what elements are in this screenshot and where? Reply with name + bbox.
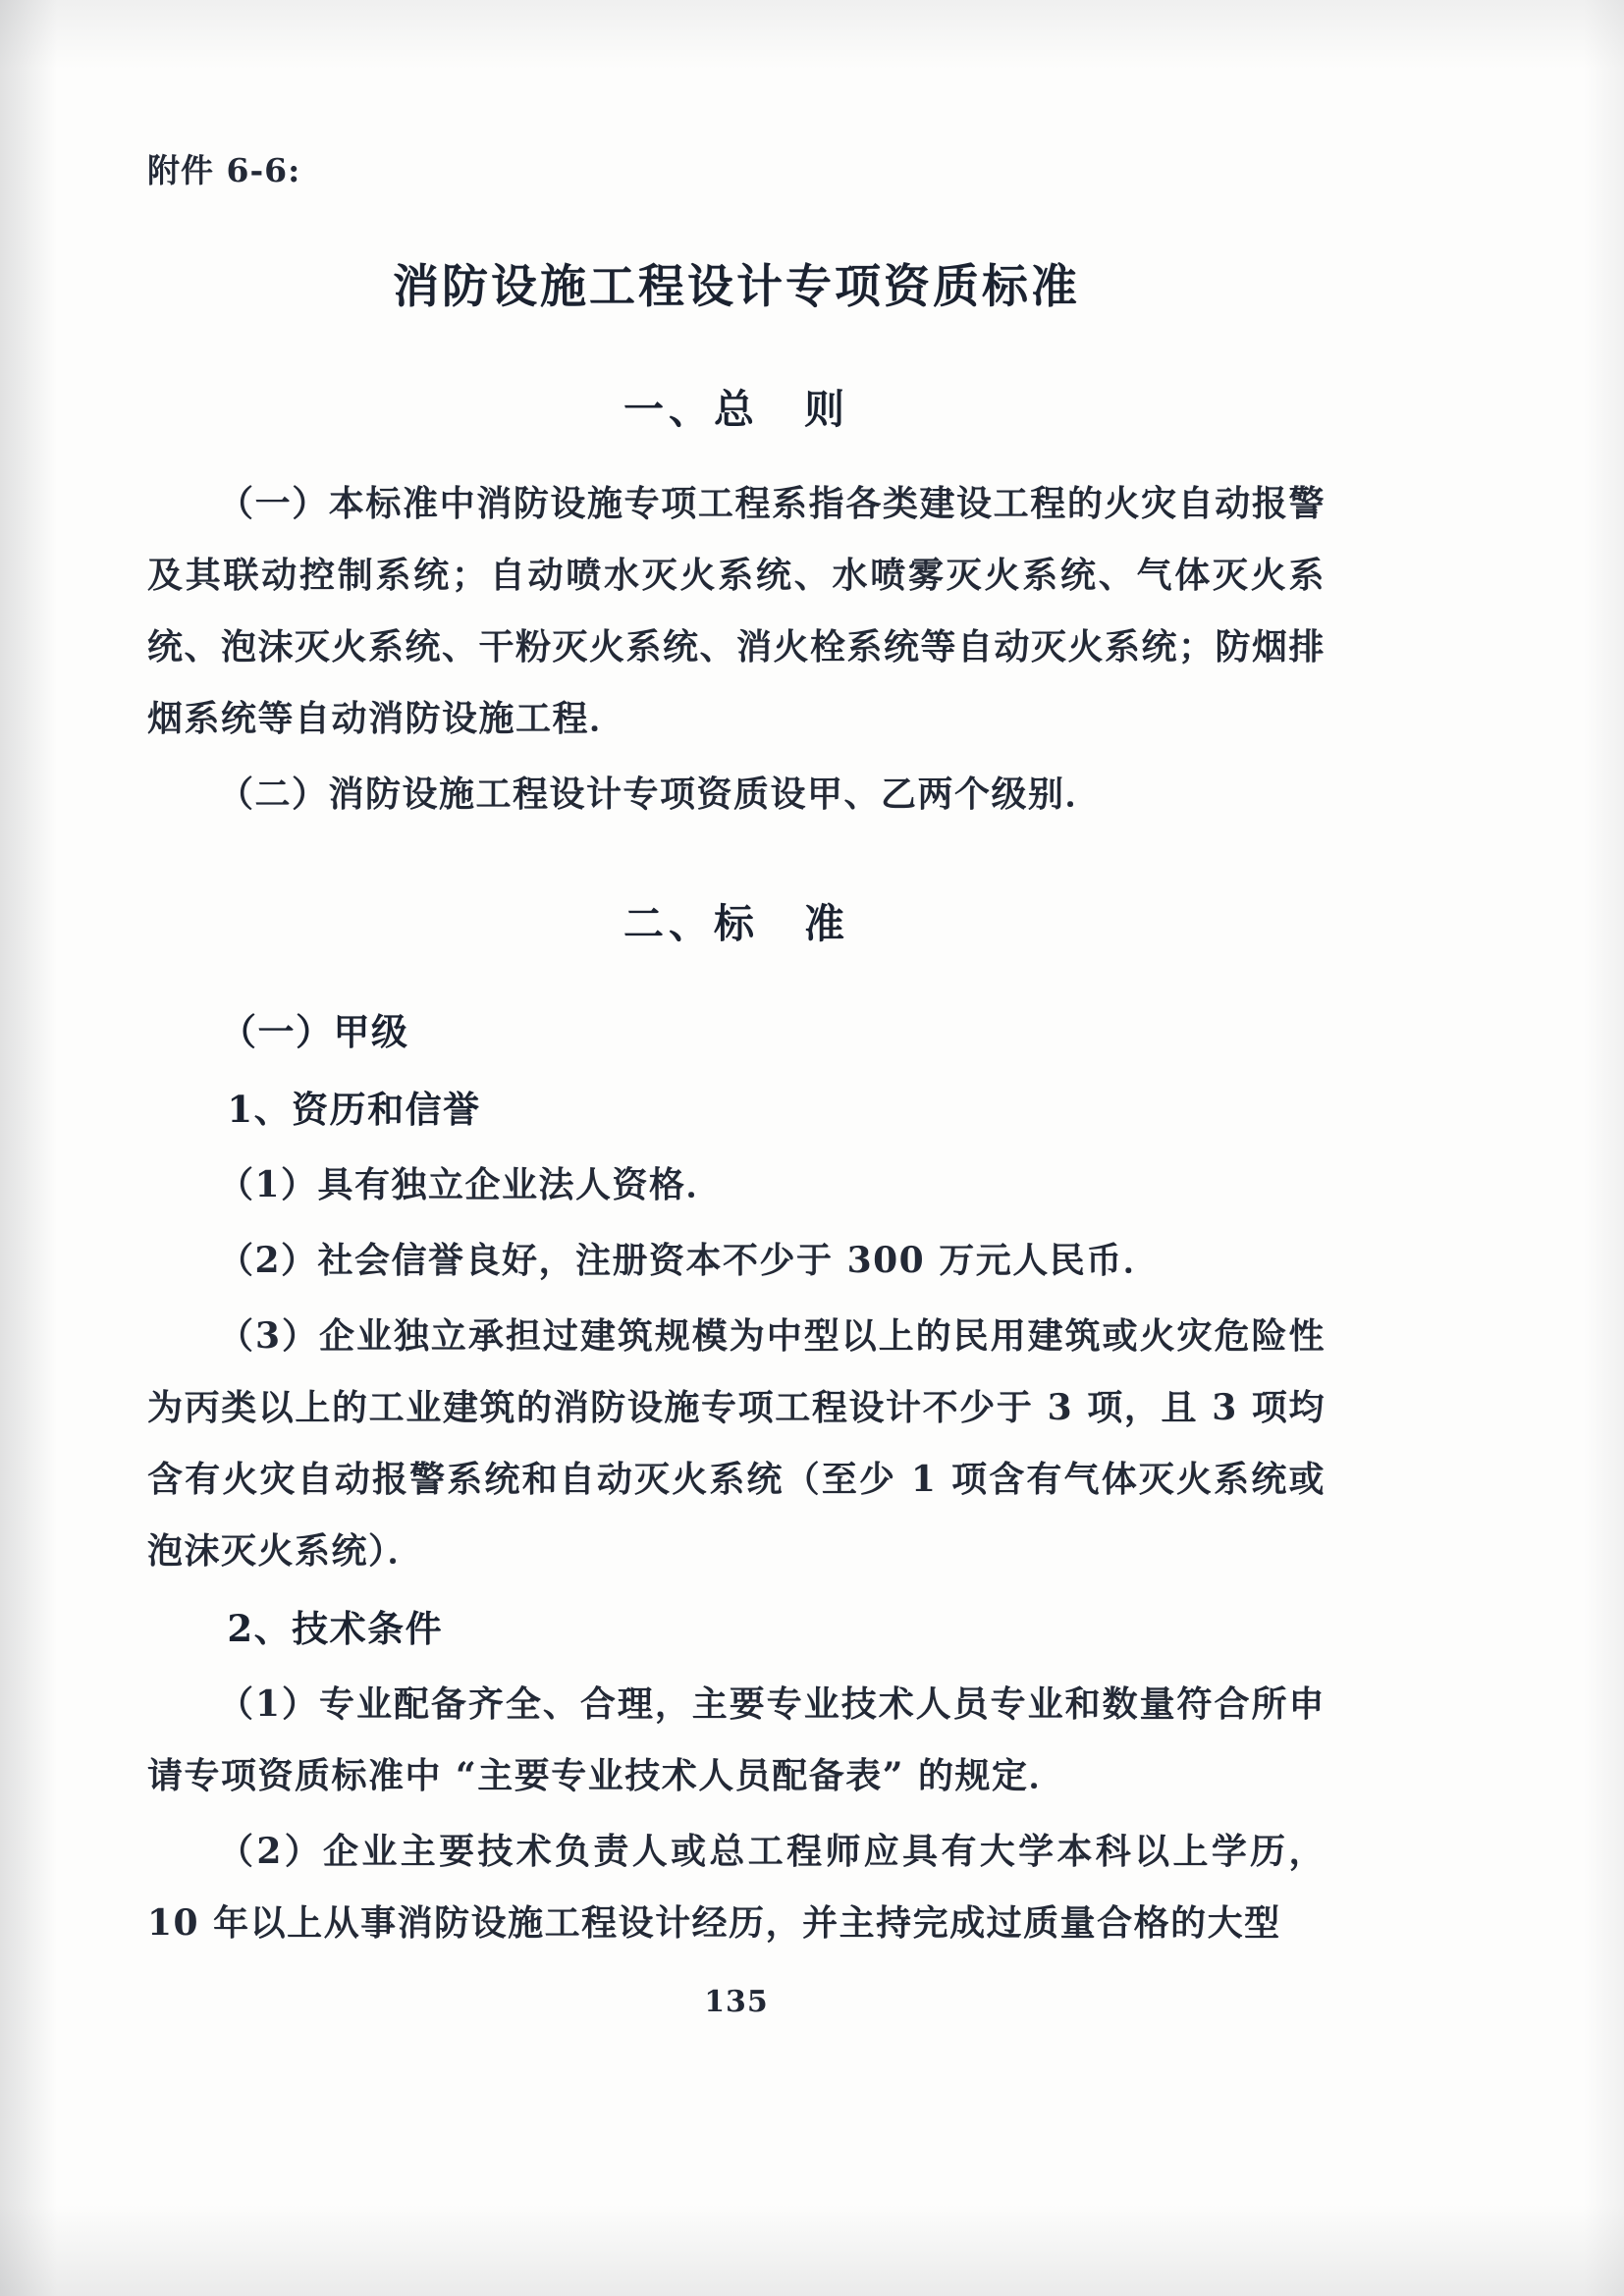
paragraph-qualification-3: （3）企业独立承担过建筑规模为中型以上的民用建筑或火灾危险性为丙类以上的工业建筑… (147, 1301, 1326, 1587)
subsection-heading-grade-a: （一）甲级 (147, 996, 1326, 1068)
paragraph-general-2: （二）消防设施工程设计专项资质设甲、乙两个级别． (147, 759, 1326, 830)
page-number: 135 (147, 1985, 1326, 2019)
document-content: 附件 6-6: 消防设施工程设计专项资质标准 一、总 则 （一）本标准中消防设施… (147, 145, 1326, 2019)
document-title: 消防设施工程设计专项资质标准 (147, 250, 1326, 316)
attachment-label: 附件 6-6: (147, 145, 1326, 191)
document-page: 附件 6-6: 消防设施工程设计专项资质标准 一、总 则 （一）本标准中消防设施… (0, 0, 1624, 2296)
paragraph-qualification-1: （1）具有独立企业法人资格． (147, 1149, 1326, 1221)
section-heading-standards: 二、标 准 (147, 891, 1326, 949)
section-heading-general-rules: 一、总 则 (147, 377, 1326, 435)
item-heading-technical-conditions: 2、技术条件 (147, 1593, 1326, 1665)
paragraph-technical-2: （2）企业主要技术负责人或总工程师应具有大学本科以上学历，10 年以上从事消防设… (147, 1816, 1326, 1959)
item-heading-qualification-reputation: 1、资历和信誉 (147, 1074, 1326, 1146)
paragraph-technical-1: （1）专业配备齐全、合理，主要专业技术人员专业和数量符合所申请专项资质标准中 “… (147, 1669, 1326, 1812)
paragraph-general-1: （一）本标准中消防设施专项工程系指各类建设工程的火灾自动报警及其联动控制系统；自… (147, 468, 1326, 755)
paragraph-qualification-2: （2）社会信誉良好，注册资本不少于 300 万元人民币． (147, 1225, 1326, 1297)
